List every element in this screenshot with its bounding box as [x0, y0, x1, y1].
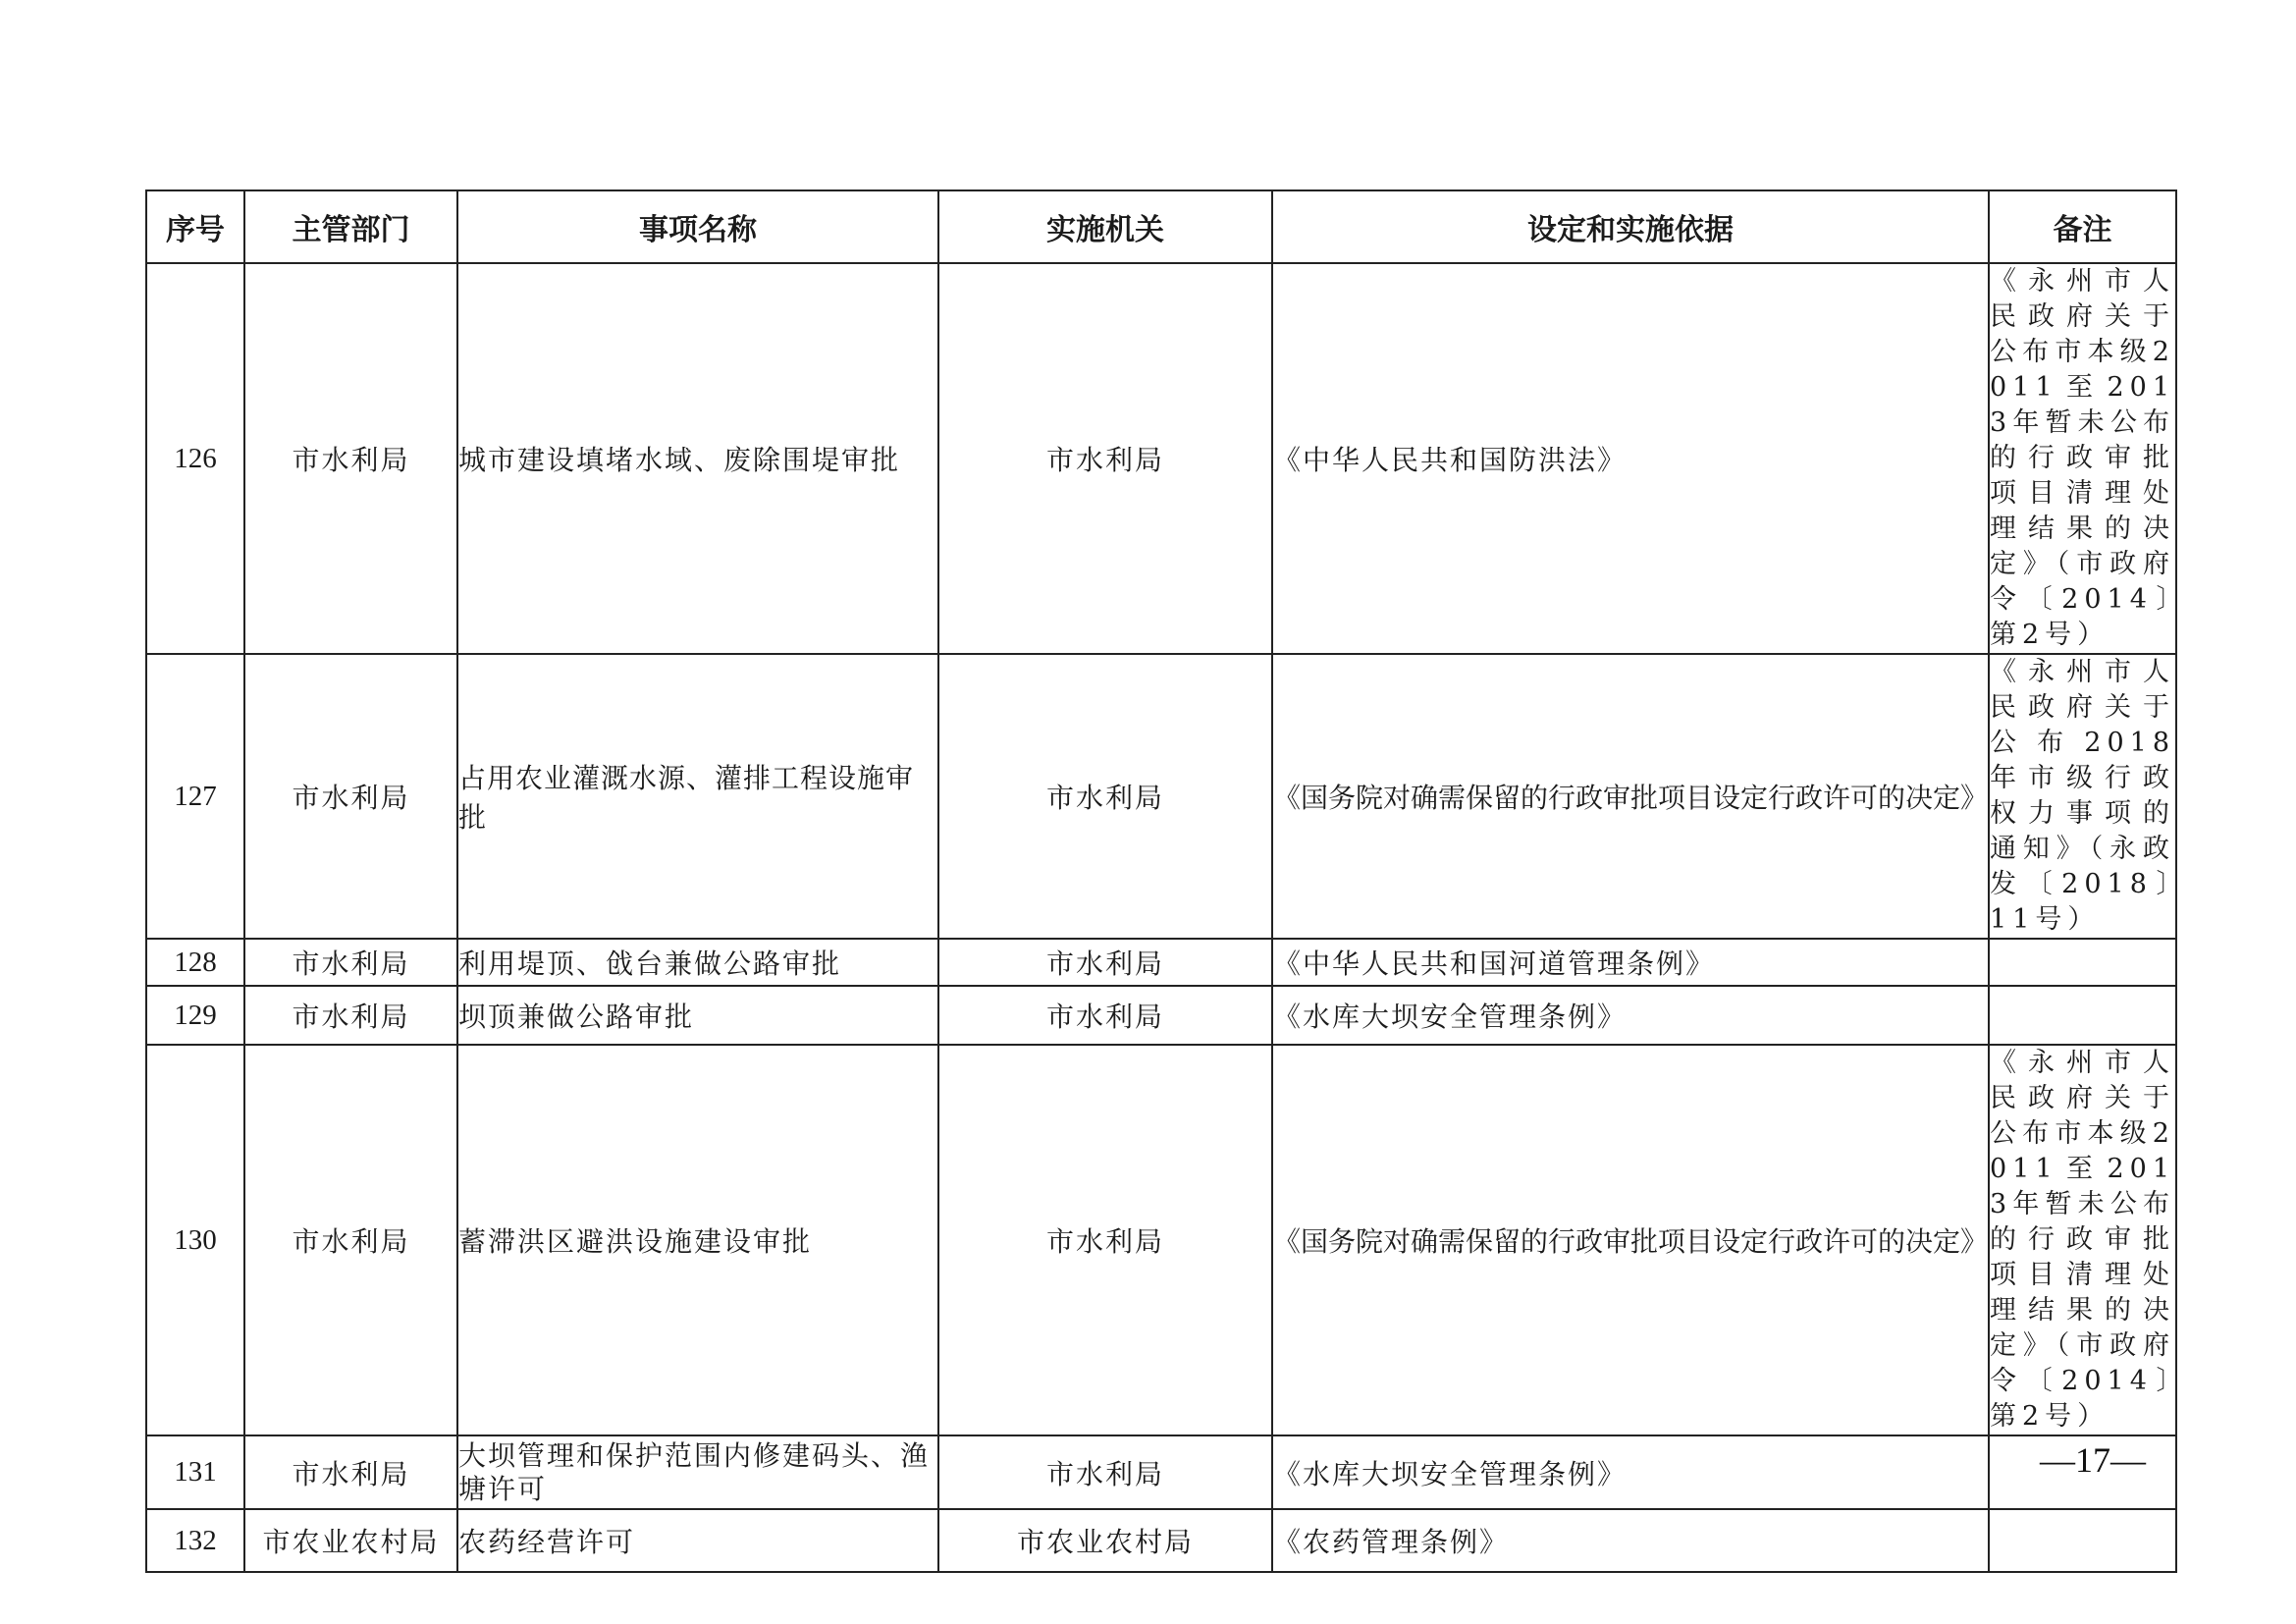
cell-department: 市水利局	[244, 263, 457, 654]
administrative-approval-table: 序号 主管部门 事项名称 实施机关 设定和实施依据 备注 126 市水利局 城市…	[145, 189, 2177, 1573]
cell-implementing-agency: 市水利局	[938, 986, 1272, 1045]
table-row: 126 市水利局 城市建设填堵水域、废除围堤审批 市水利局 《中华人民共和国防洪…	[146, 263, 2176, 654]
cell-implementing-agency: 市水利局	[938, 939, 1272, 986]
header-serial-number: 序号	[146, 190, 244, 263]
cell-implementing-agency: 市水利局	[938, 263, 1272, 654]
cell-item-name: 坝顶兼做公路审批	[457, 986, 938, 1045]
header-item-name: 事项名称	[457, 190, 938, 263]
cell-serial-number: 130	[146, 1045, 244, 1435]
page-number: —17—	[2040, 1439, 2146, 1481]
cell-department: 市农业农村局	[244, 1509, 457, 1572]
cell-legal-basis: 《国务院对确需保留的行政审批项目设定行政许可的决定》	[1272, 1045, 1989, 1435]
cell-item-name: 占用农业灌溉水源、灌排工程设施审批	[457, 654, 938, 939]
cell-legal-basis: 《农药管理条例》	[1272, 1509, 1989, 1572]
header-legal-basis: 设定和实施依据	[1272, 190, 1989, 263]
cell-remarks: 《永州市人民政府关于公布市本级2011至2013年暂未公布的行政审批项目清理处理…	[1989, 1045, 2176, 1435]
header-implementing-agency: 实施机关	[938, 190, 1272, 263]
cell-legal-basis: 《国务院对确需保留的行政审批项目设定行政许可的决定》	[1272, 654, 1989, 939]
cell-remarks: 《永州市人民政府关于公布市本级2011至2013年暂未公布的行政审批项目清理处理…	[1989, 263, 2176, 654]
cell-serial-number: 132	[146, 1509, 244, 1572]
table-row: 127 市水利局 占用农业灌溉水源、灌排工程设施审批 市水利局 《国务院对确需保…	[146, 654, 2176, 939]
cell-legal-basis: 《中华人民共和国防洪法》	[1272, 263, 1989, 654]
cell-remarks	[1989, 986, 2176, 1045]
header-remarks: 备注	[1989, 190, 2176, 263]
table-row: 129 市水利局 坝顶兼做公路审批 市水利局 《水库大坝安全管理条例》	[146, 986, 2176, 1045]
cell-remarks	[1989, 939, 2176, 986]
cell-implementing-agency: 市水利局	[938, 1045, 1272, 1435]
cell-legal-basis: 《中华人民共和国河道管理条例》	[1272, 939, 1989, 986]
table-row: 128 市水利局 利用堤顶、戗台兼做公路审批 市水利局 《中华人民共和国河道管理…	[146, 939, 2176, 986]
cell-department: 市水利局	[244, 1435, 457, 1509]
table-header-row: 序号 主管部门 事项名称 实施机关 设定和实施依据 备注	[146, 190, 2176, 263]
cell-serial-number: 127	[146, 654, 244, 939]
table-row: 132 市农业农村局 农药经营许可 市农业农村局 《农药管理条例》	[146, 1509, 2176, 1572]
cell-serial-number: 126	[146, 263, 244, 654]
cell-item-name: 城市建设填堵水域、废除围堤审批	[457, 263, 938, 654]
cell-remarks: 《永州市人民政府关于公布2018年市级行政权力事项的通知》（永政发〔2018〕1…	[1989, 654, 2176, 939]
cell-implementing-agency: 市水利局	[938, 1435, 1272, 1509]
cell-serial-number: 131	[146, 1435, 244, 1509]
cell-item-name: 大坝管理和保护范围内修建码头、渔塘许可	[457, 1435, 938, 1509]
document-page: 序号 主管部门 事项名称 实施机关 设定和实施依据 备注 126 市水利局 城市…	[0, 0, 2296, 1624]
cell-implementing-agency: 市农业农村局	[938, 1509, 1272, 1572]
header-department: 主管部门	[244, 190, 457, 263]
cell-department: 市水利局	[244, 654, 457, 939]
cell-remarks	[1989, 1509, 2176, 1572]
cell-department: 市水利局	[244, 986, 457, 1045]
cell-legal-basis: 《水库大坝安全管理条例》	[1272, 986, 1989, 1045]
cell-department: 市水利局	[244, 939, 457, 986]
table-row: 131 市水利局 大坝管理和保护范围内修建码头、渔塘许可 市水利局 《水库大坝安…	[146, 1435, 2176, 1509]
cell-item-name: 蓄滞洪区避洪设施建设审批	[457, 1045, 938, 1435]
cell-implementing-agency: 市水利局	[938, 654, 1272, 939]
cell-serial-number: 128	[146, 939, 244, 986]
table-row: 130 市水利局 蓄滞洪区避洪设施建设审批 市水利局 《国务院对确需保留的行政审…	[146, 1045, 2176, 1435]
cell-legal-basis: 《水库大坝安全管理条例》	[1272, 1435, 1989, 1509]
cell-item-name: 农药经营许可	[457, 1509, 938, 1572]
cell-serial-number: 129	[146, 986, 244, 1045]
cell-item-name: 利用堤顶、戗台兼做公路审批	[457, 939, 938, 986]
cell-department: 市水利局	[244, 1045, 457, 1435]
